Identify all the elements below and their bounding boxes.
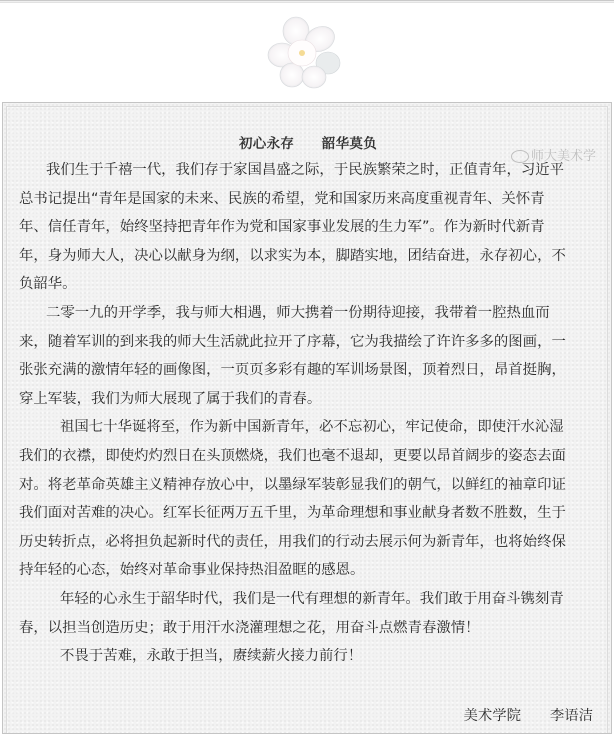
body-line: 总书记提出“青年是国家的未来、民族的希望，党和国家历来高度重视青年、关怀青 bbox=[19, 185, 599, 214]
body-line: 来，随着军训的到来我的师大生活就此拉开了序幕，它为我描绘了许许多多的图画，一 bbox=[19, 328, 599, 357]
body-line: 我们的衣襟，即使灼灼烈日在头顶燃烧，我们也毫不退却，更要以昂首阔步的姿态去面 bbox=[19, 442, 599, 471]
body-line: 二零一九的开学季，我与师大相遇，师大携着一份期待迎接，我带着一腔热血而 bbox=[19, 299, 599, 328]
flower-illustration-icon bbox=[262, 13, 348, 93]
body-line: 春，以担当创造历史；敢于用汗水浇灌理想之花，用奋斗点燃青春激情！ bbox=[19, 614, 599, 643]
body-line: 年，身为师大人，决心以献身为纲，以求实为本，脚踏实地，团结奋进，永存初心，不 bbox=[19, 242, 599, 271]
body-line: 不畏于苦难，永敢于担当，赓续薪火接力前行！ bbox=[19, 642, 599, 671]
body-line: 穿上军装，我们为师大展现了属于我们的青春。 bbox=[19, 385, 599, 414]
article-body: 我们生于千禧一代，我们存于家国昌盛之际，于民族繁荣之时，正值青年，习近平总书记提… bbox=[19, 156, 599, 671]
body-line: 年、信任青年，始终坚持把青年作为党和国家事业发展的生力军”。作为新时代新青 bbox=[19, 213, 599, 242]
body-line: 对。将老革命英雄主义精神存放心中，以墨绿军装彰显我们的朝气，以鲜红的袖章印证 bbox=[19, 471, 599, 500]
body-line: 张张充满的激情年轻的画像图，一页页多彩有趣的军训场景图，顶着烈日，昂首挺胸， bbox=[19, 356, 599, 385]
body-line: 祖国七十华诞将至，作为新中国新青年，必不忘初心，牢记使命，即使汗水沁湿 bbox=[19, 413, 599, 442]
body-line: 我们生于千禧一代，我们存于家国昌盛之际，于民族繁荣之时，正值青年，习近平 bbox=[19, 156, 599, 185]
body-line: 我们面对苦难的决心。红军长征两万五千里，为革命理想和事业献身者数不胜数，生于 bbox=[19, 499, 599, 528]
body-line: 年轻的心永生于韶华时代，我们是一代有理想的新青年。我们敢于用奋斗镌刻青 bbox=[19, 585, 599, 614]
body-line: 持年轻的心态，始终对革命事业保持热泪盈眶的感恩。 bbox=[19, 556, 599, 585]
body-line: 负韶华。 bbox=[19, 270, 599, 299]
body-line: 历史转折点，必将担负起新时代的责任，用我们的行动去展示何为新青年，也将始终保 bbox=[19, 528, 599, 557]
signature: 美术学院 李语洁 bbox=[463, 704, 593, 725]
article-frame: 初心永存 韶华莫负 师大美术学 我们生于千禧一代，我们存于家国昌盛之际，于民族繁… bbox=[2, 102, 612, 734]
header-banner bbox=[0, 3, 614, 99]
